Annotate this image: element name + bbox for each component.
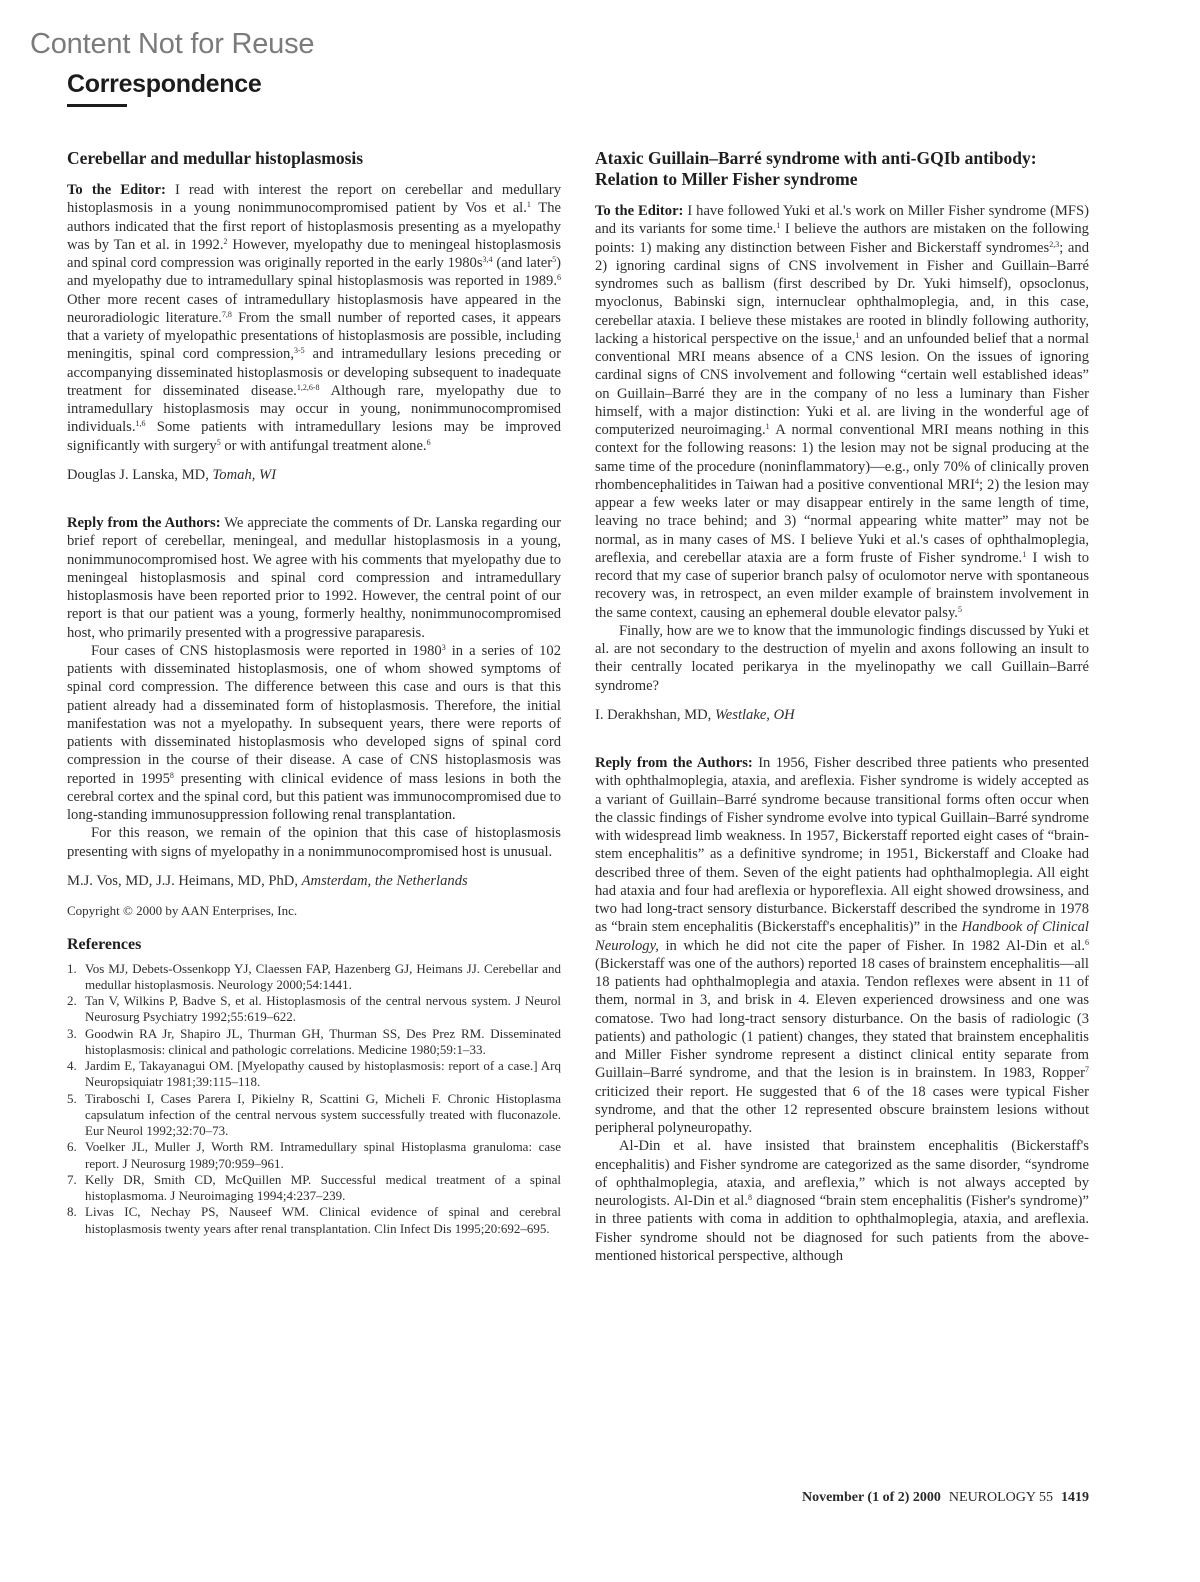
letter-paragraph: Finally, how are we to know that the imm…: [595, 622, 1089, 695]
reply-paragraph: For this reason, we remain of the opinio…: [67, 824, 561, 861]
citation: 1,2,6-8: [297, 383, 320, 392]
right-column: Ataxic Guillain–Barré syndrome with anti…: [595, 148, 1089, 1265]
letter-lead: To the Editor:: [67, 182, 166, 198]
citation: 6: [557, 273, 561, 282]
reference-item: 3.Goodwin RA Jr, Shapiro JL, Thurman GH,…: [67, 1026, 561, 1059]
citation: 7,8: [222, 310, 232, 319]
references-heading: References: [67, 936, 561, 954]
reply-lead: Reply from the Authors:: [67, 515, 221, 531]
reply-paragraph: Reply from the Authors: We appreciate th…: [67, 514, 561, 642]
letter-to-editor: To the Editor: I read with interest the …: [67, 181, 561, 455]
citation: 3-5: [294, 346, 305, 355]
article-title: Ataxic Guillain–Barré syndrome with anti…: [595, 148, 1089, 190]
reply-paragraph: Four cases of CNS histoplasmosis were re…: [67, 642, 561, 825]
letter-signature: I. Derakhshan, MD, Westlake, OH: [595, 706, 1089, 724]
citation: 7: [1085, 1065, 1089, 1074]
reference-item: 1.Vos MJ, Debets-Ossenkopp YJ, Claessen …: [67, 961, 561, 994]
journal-name: NEUROLOGY 55: [949, 1490, 1053, 1505]
watermark-text: Content Not for Reuse: [30, 28, 314, 61]
citation: 5: [958, 605, 962, 614]
section-title-underline: [67, 104, 127, 107]
article-title: Cerebellar and medullar histoplasmosis: [67, 148, 561, 169]
reference-item: 4.Jardim E, Takayanagui OM. [Myelopathy …: [67, 1058, 561, 1091]
page-footer: November (1 of 2) 2000NEUROLOGY 551419: [595, 1490, 1089, 1506]
citation: 6: [1085, 938, 1089, 947]
letter-to-editor: To the Editor: I have followed Yuki et a…: [595, 202, 1089, 622]
reply-paragraph: Reply from the Authors: In 1956, Fisher …: [595, 754, 1089, 1137]
reply-lead: Reply from the Authors:: [595, 755, 753, 771]
citation: 1,6: [136, 419, 146, 428]
section-title: Correspondence: [67, 70, 261, 99]
page-number: 1419: [1061, 1490, 1089, 1505]
references-list: 1.Vos MJ, Debets-Ossenkopp YJ, Claessen …: [67, 961, 561, 1237]
reply-signature: M.J. Vos, MD, J.J. Heimans, MD, PhD, Ams…: [67, 872, 561, 890]
reference-item: 6.Voelker JL, Muller J, Worth RM. Intram…: [67, 1139, 561, 1172]
left-column: Cerebellar and medullar histoplasmosis T…: [67, 148, 561, 1237]
citation: 6: [427, 438, 431, 447]
reference-item: 8.Livas IC, Nechay PS, Nauseef WM. Clini…: [67, 1204, 561, 1237]
reference-item: 7.Kelly DR, Smith CD, McQuillen MP. Succ…: [67, 1172, 561, 1205]
citation: 3,4: [483, 255, 493, 264]
reference-item: 5.Tiraboschi I, Cases Parera I, Pikielny…: [67, 1091, 561, 1140]
reference-item: 2.Tan V, Wilkins P, Badve S, et al. Hist…: [67, 993, 561, 1026]
reply-paragraph: Al-Din et al. have insisted that brainst…: [595, 1137, 1089, 1265]
citation: 2,3: [1049, 240, 1059, 249]
letter-lead: To the Editor:: [595, 203, 683, 219]
copyright-notice: Copyright © 2000 by AAN Enterprises, Inc…: [67, 902, 561, 920]
signature-location: Amsterdam, the Netherlands: [302, 873, 468, 889]
signature-location: Westlake, OH: [715, 707, 795, 723]
letter-signature: Douglas J. Lanska, MD, Tomah, WI: [67, 466, 561, 484]
signature-location: Tomah, WI: [213, 467, 277, 483]
issue-date: November (1 of 2) 2000: [802, 1490, 941, 1505]
